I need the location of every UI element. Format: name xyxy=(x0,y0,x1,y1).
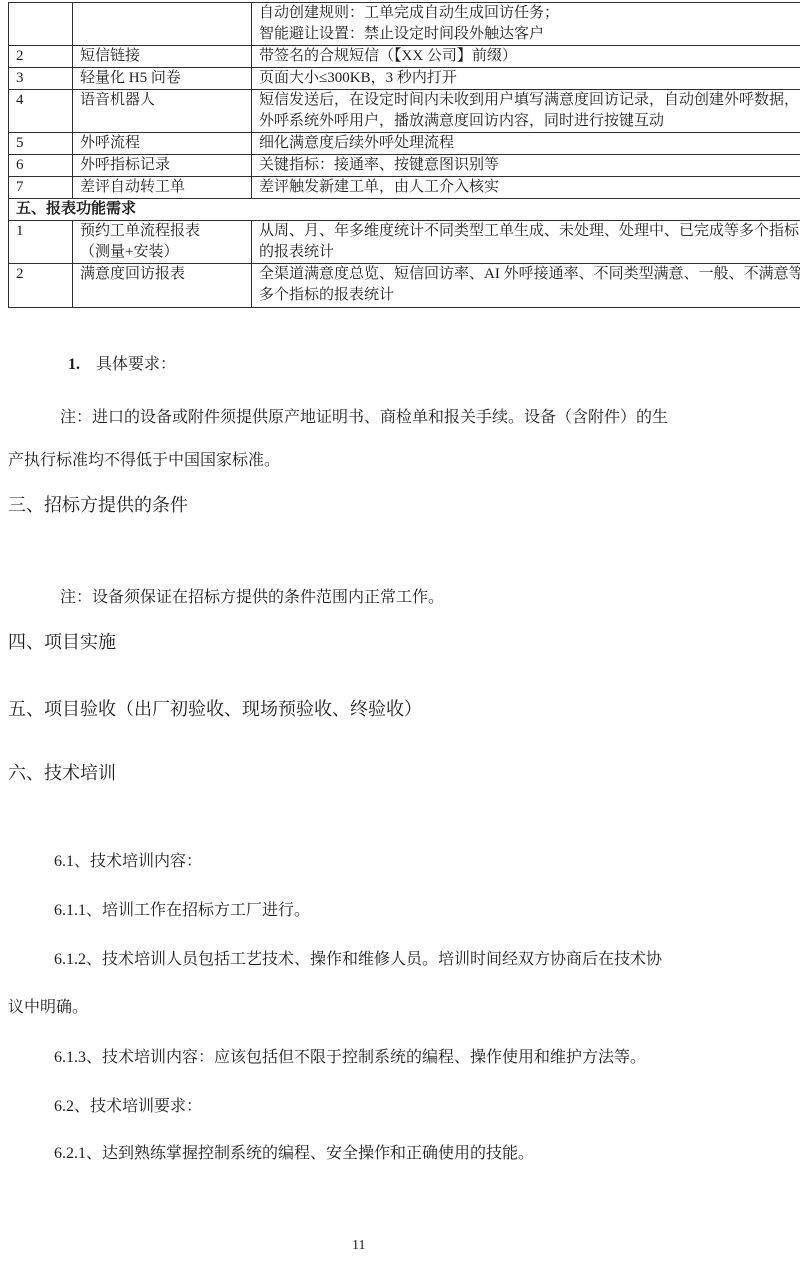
table-row: 6 外呼指标记录 关键指标：接通率、按键意图识别等 xyxy=(9,155,800,177)
table-row: 2 满意度回访报表 全渠道满意度总览、短信回访率、AI 外呼接通率、不同类型满意… xyxy=(9,264,800,308)
feature-desc-cell: 细化满意度后续外呼处理流程 xyxy=(252,133,800,155)
table-row: 7 差评自动转工单 差评触发新建工单，由人工介入核实 xyxy=(9,177,800,199)
feature-desc-cell: 带签名的合规短信（【XX 公司】前缀） xyxy=(252,46,800,68)
item-text: 具体要求： xyxy=(96,356,176,373)
section-heading-3: 三、招标方提供的条件 xyxy=(8,494,188,516)
feature-name-cell: 满意度回访报表 xyxy=(73,264,252,308)
paragraph-6-2-1: 6.2.1、达到熟练掌握控制系统的编程、安全操作和正确使用的技能。 xyxy=(54,1144,534,1164)
feature-desc-cell: 差评触发新建工单，由人工介入核实 xyxy=(252,177,800,199)
table-row: 2 短信链接 带签名的合规短信（【XX 公司】前缀） xyxy=(9,46,800,68)
row-number-cell: 6 xyxy=(9,155,73,177)
table-row: 自动创建规则：工单完成自动生成回访任务； 智能避让设置：禁止设定时间段外触达客户 xyxy=(9,3,800,46)
row-number-cell: 3 xyxy=(9,68,73,90)
feature-name-cell: 差评自动转工单 xyxy=(73,177,252,199)
feature-name-cell: 语音机器人 xyxy=(73,90,252,133)
section-heading-6: 六、技术培训 xyxy=(8,762,116,784)
feature-name-cell: 轻量化 H5 问卷 xyxy=(73,68,252,90)
paragraph-6-1-2-line2: 议中明确。 xyxy=(8,998,88,1018)
item-number: 1. xyxy=(68,355,80,375)
feature-name-cell xyxy=(73,3,252,46)
feature-desc-cell: 自动创建规则：工单完成自动生成回访任务； 智能避让设置：禁止设定时间段外触达客户 xyxy=(252,3,800,46)
feature-desc-cell: 从周、月、年多维度统计不同类型工单生成、未处理、处理中、已完成等多个指标 的报表… xyxy=(252,221,800,264)
section-header-label: 五、报表功能需求 xyxy=(9,199,800,221)
section-heading-4: 四、项目实施 xyxy=(8,631,116,653)
page-number: 11 xyxy=(352,1236,365,1256)
table-row: 5 外呼流程 细化满意度后续外呼处理流程 xyxy=(9,133,800,155)
document-page: 自动创建规则：工单完成自动生成回访任务； 智能避让设置：禁止设定时间段外触达客户… xyxy=(0,0,800,1264)
feature-desc-cell: 短信发送后，在设定时间内未收到用户填写满意度回访记录，自动创建外呼数据， 外呼系… xyxy=(252,90,800,133)
row-number-cell: 1 xyxy=(9,221,73,264)
row-number-cell xyxy=(9,3,73,46)
paragraph-6-1-3: 6.1.3、技术培训内容：应该包括但不限于控制系统的编程、操作使用和维护方法等。 xyxy=(54,1048,646,1068)
paragraph-6-1-2-line1: 6.1.2、技术培训人员包括工艺技术、操作和维修人员。培训时间经双方协商后在技术… xyxy=(54,950,662,970)
feature-name-cell: 外呼流程 xyxy=(73,133,252,155)
note-conditions: 注：设备须保证在招标方提供的条件范围内正常工作。 xyxy=(60,588,444,608)
table-row: 1 预约工单流程报表 （测量+安装） 从周、月、年多维度统计不同类型工单生成、未… xyxy=(9,221,800,264)
requirement-item-1: 1.具体要求： xyxy=(68,355,176,375)
note-import-line1: 注：进口的设备或附件须提供原产地证明书、商检单和报关手续。设备（含附件）的生 xyxy=(60,408,668,428)
row-number-cell: 4 xyxy=(9,90,73,133)
paragraph-6-1-1: 6.1.1、培训工作在招标方工厂进行。 xyxy=(54,901,310,921)
row-number-cell: 7 xyxy=(9,177,73,199)
row-number-cell: 5 xyxy=(9,133,73,155)
paragraph-6-2: 6.2、技术培训要求： xyxy=(54,1097,202,1117)
note-import-line2: 产执行标准均不得低于中国国家标准。 xyxy=(8,451,280,471)
feature-desc-cell: 页面大小≤300KB，3 秒内打开 xyxy=(252,68,800,90)
section-heading-5: 五、项目验收（出厂初验收、现场预验收、终验收） xyxy=(8,698,422,720)
feature-name-cell: 短信链接 xyxy=(73,46,252,68)
table-row: 4 语音机器人 短信发送后，在设定时间内未收到用户填写满意度回访记录，自动创建外… xyxy=(9,90,800,133)
feature-desc-cell: 全渠道满意度总览、短信回访率、AI 外呼接通率、不同类型满意、一般、不满意等 多… xyxy=(252,264,800,308)
row-number-cell: 2 xyxy=(9,264,73,308)
feature-name-cell: 预约工单流程报表 （测量+安装） xyxy=(73,221,252,264)
row-number-cell: 2 xyxy=(9,46,73,68)
section-header-row: 五、报表功能需求 xyxy=(9,199,800,221)
spec-table: 自动创建规则：工单完成自动生成回访任务； 智能避让设置：禁止设定时间段外触达客户… xyxy=(8,2,800,308)
paragraph-6-1: 6.1、技术培训内容： xyxy=(54,852,202,872)
feature-desc-cell: 关键指标：接通率、按键意图识别等 xyxy=(252,155,800,177)
table-row: 3 轻量化 H5 问卷 页面大小≤300KB，3 秒内打开 xyxy=(9,68,800,90)
feature-name-cell: 外呼指标记录 xyxy=(73,155,252,177)
